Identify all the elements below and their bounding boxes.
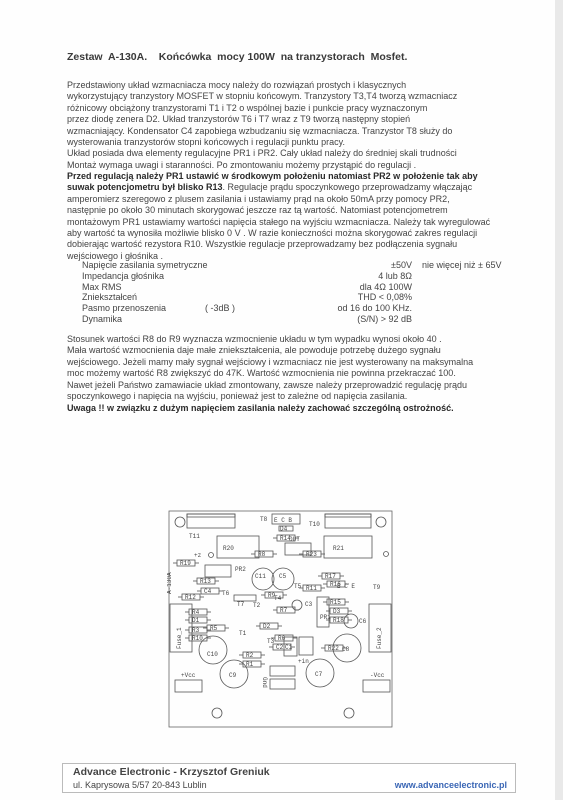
pcb-component-label: R1	[246, 661, 254, 668]
svg-text:+Vcc: +Vcc	[181, 672, 196, 679]
adjustment-line: następnie po około 30 minutach skorygowa…	[67, 205, 537, 216]
svg-text:+in: +in	[298, 658, 309, 665]
pcb-component-label: R6	[278, 635, 286, 642]
spec-value: od 16 do 100 KHz.	[282, 303, 412, 314]
spec-row: Pasmo przenoszenia( -3dB )od 16 do 100 K…	[82, 303, 412, 314]
svg-text:C8: C8	[342, 646, 350, 653]
intro-line: wykorzystujący tranzystory MOSFET w stop…	[67, 91, 537, 102]
pcb-component-label: C2	[276, 644, 284, 651]
spec-value: ±50V	[282, 260, 412, 271]
svg-text:C5: C5	[279, 573, 287, 580]
svg-text:C1: C1	[285, 644, 293, 651]
svg-text:R21: R21	[333, 545, 344, 552]
pcb-component-label: R12	[185, 594, 196, 601]
pcb-component-label: D3	[333, 608, 341, 615]
svg-text:C10: C10	[207, 651, 218, 658]
svg-text:T6: T6	[222, 590, 230, 597]
adjustment-line: aby wartość ta wynosiła możliwie blisko …	[67, 228, 537, 239]
note-paragraph: Nawet jeżeli Państwo zamawiacie układ zm…	[67, 380, 537, 414]
adjustment-paragraph: Przed regulacją należy PR1 ustawić w śro…	[67, 171, 537, 262]
svg-text:T9: T9	[373, 584, 381, 591]
svg-text:Fuse_2: Fuse_2	[376, 627, 383, 649]
adjustment-text-fragment: . Regulacje prądu spoczynkowego przeprow…	[223, 182, 473, 192]
svg-text:A-130A: A-130A	[167, 572, 173, 594]
pcb-component-label: R8	[258, 551, 266, 558]
pcb-component-label: R19	[180, 560, 191, 567]
specifications-table: Napięcie zasilania symetryczne±50Vnie wi…	[82, 260, 412, 325]
spec-value: (S/N) > 92 dB	[282, 314, 412, 325]
intro-line: wysterowania tranzystorów stopni końcowy…	[67, 137, 537, 148]
note-line: spoczynkowego i napięcia na wyjściu, pon…	[67, 391, 537, 402]
document-page: Zestaw A-130A. Końcówka mocy 100W na tra…	[0, 0, 563, 800]
svg-text:E C B: E C B	[274, 517, 292, 524]
scan-edge	[555, 0, 563, 800]
spec-value: 4 lub 8Ω	[282, 271, 412, 282]
pcb-component-label: R15	[330, 599, 341, 606]
intro-line: Układ posiada dwa elementy regulacyjne P…	[67, 148, 537, 159]
pcb-component-label: R17	[325, 573, 336, 580]
intro-paragraph: Przedstawiony układ wzmacniacza mocy nal…	[67, 80, 537, 171]
svg-text:Gnd: Gnd	[261, 677, 268, 688]
gain-line: moc możemy wartość R8 zwiększyć do 47K. …	[67, 368, 537, 379]
footer-box: Advance Electronic - Krzysztof Greniuk u…	[62, 763, 516, 793]
spec-row: Max RMSdla 4Ω 100W	[82, 282, 412, 293]
svg-text:PR1: PR1	[320, 614, 331, 621]
intro-line: różnicowy obciążony tranzystorami T1 i T…	[67, 103, 537, 114]
svg-text:D4: D4	[280, 526, 288, 533]
svg-text:PR2: PR2	[235, 566, 246, 573]
warning-text: Uwaga !! w związku z dużym napięciem zas…	[67, 403, 537, 414]
pcb-component-label: R11	[306, 585, 317, 592]
svg-text:T11: T11	[189, 533, 200, 540]
svg-text:R20: R20	[223, 545, 234, 552]
svg-text:T8: T8	[260, 516, 268, 523]
adjustment-line: amperomierz szeregowo z plusem zasilania…	[67, 194, 537, 205]
pcb-component-label: D1	[192, 617, 200, 624]
intro-line: przez diodę zenera D2. Układ tranzystoró…	[67, 114, 537, 125]
spec-row: Impedancja głośnika4 lub 8Ω	[82, 271, 412, 282]
company-name: Advance Electronic - Krzysztof Greniuk	[73, 766, 270, 778]
svg-text:C7: C7	[315, 671, 323, 678]
pcb-component-label: R14	[280, 535, 291, 542]
spec-label: Zniekształceń	[82, 292, 137, 303]
svg-text:T4: T4	[274, 595, 282, 602]
pcb-component-label: R10	[192, 635, 203, 642]
pcb-component-label: R13	[200, 578, 211, 585]
gain-line: Stosunek wartości R8 do R9 wyznacza wzmo…	[67, 334, 537, 345]
pcb-component-label: R23	[306, 551, 317, 558]
spec-extra: nie więcej niż ± 65V	[422, 260, 501, 271]
pcb-component-label: R4	[192, 609, 200, 616]
adjustment-line: montażowym PR1 ustawiamy wartości napięc…	[67, 217, 537, 228]
spec-label: Dynamika	[82, 314, 122, 325]
gain-paragraph: Stosunek wartości R8 do R9 wyznacza wzmo…	[67, 334, 537, 380]
adjustment-bold-line: Przed regulacją należy PR1 ustawić w śro…	[67, 171, 537, 182]
svg-text:B C E: B C E	[337, 583, 355, 590]
website-link[interactable]: www.advanceelectronic.pl	[395, 780, 507, 790]
spec-label: Pasmo przenoszenia	[82, 303, 166, 314]
svg-text:C6: C6	[359, 618, 367, 625]
spec-row: Napięcie zasilania symetryczne±50Vnie wi…	[82, 260, 412, 271]
svg-text:T5: T5	[294, 583, 302, 590]
spec-value: dla 4Ω 100W	[282, 282, 412, 293]
spec-row: ZniekształceńTHD < 0,08%	[82, 292, 412, 303]
svg-text:T1: T1	[239, 630, 247, 637]
svg-text:C9: C9	[229, 672, 237, 679]
gain-line: Mała wartość wzmocnienia daje małe zniek…	[67, 345, 537, 356]
intro-line: Przedstawiony układ wzmacniacza mocy nal…	[67, 80, 537, 91]
pcb-component-label: D2	[263, 623, 271, 630]
pcb-component-label: R5	[210, 625, 218, 632]
adjustment-line: dobierając wartość rezystora R10. Wszyst…	[67, 239, 537, 250]
pcb-component-label: C4	[204, 588, 212, 595]
svg-text:+z: +z	[194, 552, 202, 559]
pcb-component-label: R7	[280, 607, 288, 614]
spec-note: ( -3dB )	[205, 303, 235, 314]
gain-line: wejściowego. Jeżeli mamy mały sygnał wej…	[67, 357, 537, 368]
svg-text:-Vcc: -Vcc	[370, 672, 385, 679]
svg-text:T7: T7	[237, 601, 245, 608]
pcb-component-label: R2	[246, 652, 254, 659]
note-line: Nawet jeżeli Państwo zamawiacie układ zm…	[67, 380, 537, 391]
spec-row: Dynamika(S/N) > 92 dB	[82, 314, 412, 325]
svg-text:C3: C3	[305, 601, 313, 608]
svg-text:T10: T10	[309, 521, 320, 528]
pcb-component-label: R18	[333, 617, 344, 624]
svg-text:C11: C11	[255, 573, 266, 580]
intro-line: wzmacniający. Kondensator C4 zapobiega w…	[67, 126, 537, 137]
spec-label: Max RMS	[82, 282, 122, 293]
adjustment-bold-fragment: suwak potencjometru był blisko R13	[67, 182, 223, 192]
pcb-component-label: R3	[192, 627, 200, 634]
svg-text:T3: T3	[267, 638, 275, 645]
document-title: Zestaw A-130A. Końcówka mocy 100W na tra…	[67, 51, 407, 63]
pcb-layout-diagram: T11 T8 E C B D4 T10 R20 OUT R21 +z R14R8…	[167, 509, 394, 649]
spec-value: THD < 0,08%	[282, 292, 412, 303]
spec-label: Napięcie zasilania symetryczne	[82, 260, 208, 271]
svg-text:Fuse_1: Fuse_1	[176, 627, 183, 649]
company-address: ul. Kaprysowa 5/57 20-843 Lublin	[73, 780, 207, 790]
spec-label: Impedancja głośnika	[82, 271, 164, 282]
svg-text:T2: T2	[253, 602, 261, 609]
intro-line: Montaż wymaga uwagi i staranności. Po zm…	[67, 160, 537, 171]
